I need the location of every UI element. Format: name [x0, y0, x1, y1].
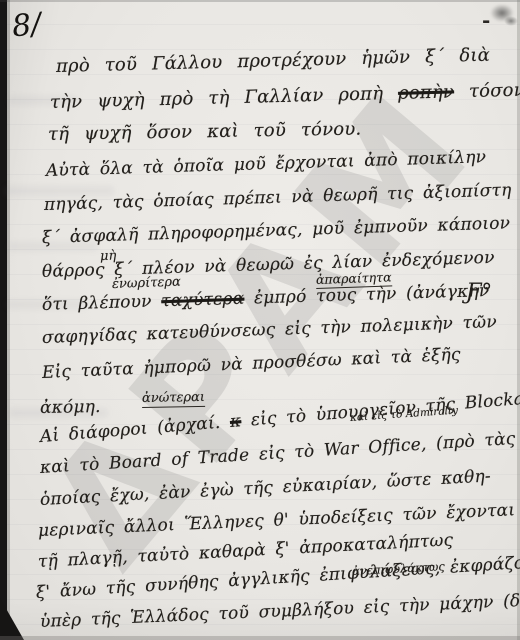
- top-dash-mark: -: [482, 8, 490, 32]
- inserted-word: μὴ: [100, 248, 117, 264]
- struck-word: ροπὴν: [398, 81, 455, 103]
- inserted-word: ἀπαραίτητα: [316, 269, 392, 289]
- scan-edge-bottom: [0, 636, 520, 640]
- page-number: 8/: [10, 7, 43, 45]
- line-text: ἀκόμη.: [40, 397, 101, 418]
- line-text: τόσον: [454, 80, 520, 103]
- ink-smudge: [504, 16, 518, 26]
- scan-edge-top: [0, 0, 520, 2]
- manuscript-line: ἀκόμη.: [40, 397, 101, 418]
- scan-edge-left: [0, 0, 7, 640]
- inserted-word: ἀνώτεραι: [142, 390, 205, 408]
- inserted-word: ἐνωρίτερα: [112, 275, 181, 292]
- line-text: ὅτι βλέπουν: [42, 291, 162, 315]
- struck-word: ταχύτερα: [161, 289, 245, 312]
- manuscript-page: ΔΡΑΜ 8/ - πρὸ τοῦ Γάλλου προτρέχουν ἡμῶν…: [0, 0, 520, 640]
- marginal-mark: Ƒ°: [466, 280, 492, 305]
